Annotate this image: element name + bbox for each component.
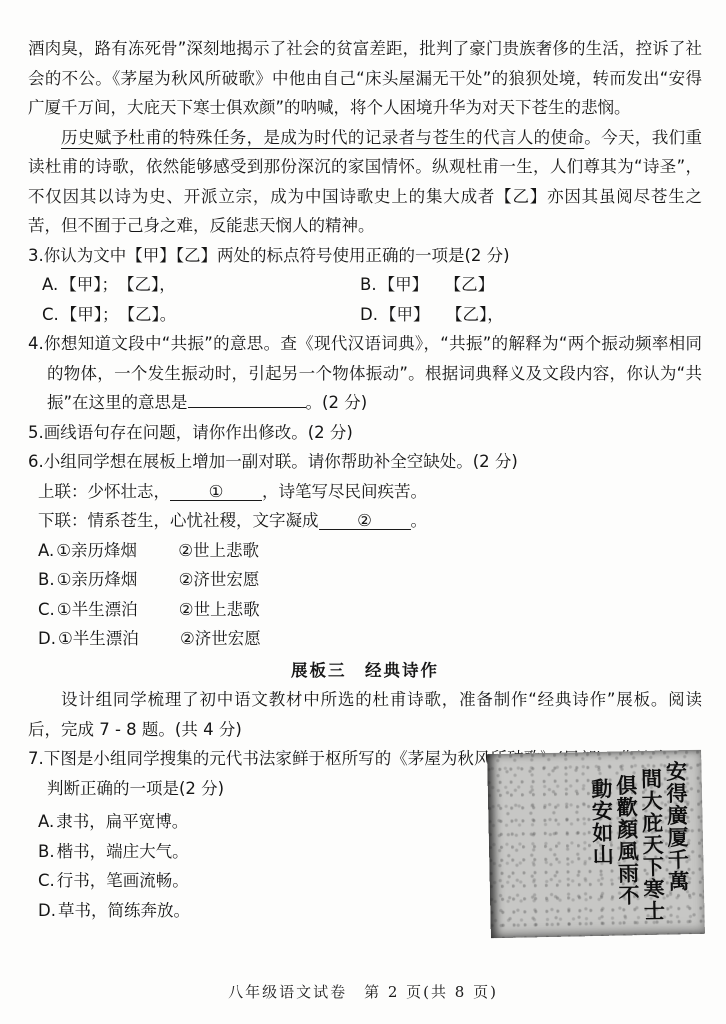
option-part-1: ①亲历烽烟 bbox=[56, 536, 178, 566]
option-part-2: ②济世宏愿 bbox=[179, 570, 260, 589]
option-label: B. bbox=[38, 842, 55, 861]
board-section-intro: 设计组同学梳理了初中语文教材中所选的杜甫诗歌，准备制作“经典诗作”展板。阅读后，… bbox=[28, 685, 702, 744]
option-label: C. bbox=[38, 600, 55, 619]
question-6-option-a: A.①亲历烽烟②世上悲歌 bbox=[28, 536, 702, 566]
option-label: A. bbox=[38, 541, 54, 560]
answer-blank-2: ② bbox=[319, 512, 411, 530]
option-label: A. bbox=[38, 812, 54, 831]
underlined-sentence: 历史赋予杜甫的特殊任务，是成为时代的记录者与苍生的代言人的使命 bbox=[61, 128, 584, 147]
option-part-1: ①半生漂泊 bbox=[57, 595, 179, 625]
question-3-option-c: C.【甲】； 【乙】。 bbox=[42, 300, 360, 330]
couplet-first-after: ，诗笔写尽民间疾苦。 bbox=[262, 482, 427, 501]
option-label: D. bbox=[38, 629, 56, 648]
calligraphy-column-2: 間大庇天下寒士 bbox=[637, 768, 666, 936]
question-3-option-d: D.【甲】 【乙】， bbox=[360, 300, 702, 330]
option-part-2: ②世上悲歌 bbox=[178, 541, 259, 560]
question-6-option-b: B.①亲历烽烟②济世宏愿 bbox=[28, 565, 702, 595]
question-3-option-a: A.【甲】； 【乙】， bbox=[42, 270, 360, 300]
question-6-option-c: C.①半生漂泊②世上悲歌 bbox=[28, 595, 702, 625]
option-label: B. bbox=[38, 570, 55, 589]
couplet-second-line: 下联：情系苍生，心忧社稷，文字凝成②。 bbox=[28, 506, 702, 536]
question-7-option-d: D.草书，简练奔放。 bbox=[28, 896, 468, 926]
question-7-options: A.隶书，扁平宽博。 B.楷书，端庄大气。 C.行书，笔画流畅。 D.草书，简练… bbox=[28, 807, 468, 925]
question-6-stem: 6.小组同学想在展板上增加一副对联。请你帮助补全空缺处。(2 分) bbox=[28, 447, 702, 477]
passage-paragraph-1-text: 酒肉臭，路有冻死骨”深刻地揭示了社会的贫富差距，批判了豪门贵族奢侈的生活，控诉了… bbox=[28, 39, 702, 117]
calligraphy-column-4: 動安如山 bbox=[588, 778, 617, 946]
couplet-first-before: 上联：少怀壮志， bbox=[38, 482, 170, 501]
option-part-1: ①亲历烽烟 bbox=[57, 565, 179, 595]
option-label: B. bbox=[360, 275, 377, 294]
couplet-second-before: 下联：情系苍生，心忧社稷，文字凝成 bbox=[38, 511, 319, 530]
option-part-2: ②世上悲歌 bbox=[179, 600, 260, 619]
option-text: 【甲】； 【乙】。 bbox=[61, 305, 177, 324]
question-3-options: A.【甲】； 【乙】， B.【甲】 【乙】 C.【甲】； 【乙】。 D.【甲】 … bbox=[28, 270, 702, 329]
question-7-option-a: A.隶书，扁平宽博。 bbox=[28, 807, 468, 837]
question-3-stem: 3.你认为文中【甲】【乙】两处的标点符号使用正确的一项是(2 分) bbox=[28, 241, 702, 271]
calligraphy-column-1: 安得廣厦千萬 bbox=[662, 760, 691, 928]
option-label: C. bbox=[42, 305, 59, 324]
question-3-option-b: B.【甲】 【乙】 bbox=[360, 270, 702, 300]
option-text: 草书，简练奔放。 bbox=[58, 901, 190, 920]
exam-page: 酒肉臭，路有冻死骨”深刻地揭示了社会的贫富差距，批判了豪门贵族奢侈的生活，控诉了… bbox=[0, 0, 726, 1024]
question-7-option-b: B.楷书，端庄大气。 bbox=[28, 837, 468, 867]
answer-blank bbox=[188, 390, 306, 408]
question-6-option-d: D.①半生漂泊②济世宏愿 bbox=[28, 624, 702, 654]
question-4-stem: 4.你想知道文段中“共振”的意思。查《现代汉语词典》，“共振”的解释为“两个振动… bbox=[28, 329, 702, 418]
option-text: 楷书，端庄大气。 bbox=[57, 842, 189, 861]
option-text: 【甲】 【乙】， bbox=[380, 305, 504, 324]
question-4-suffix: 。(2 分) bbox=[306, 393, 368, 412]
calligraphy-column-3: 俱歡顏風雨不 bbox=[613, 774, 642, 942]
option-text: 【甲】 【乙】 bbox=[379, 275, 495, 294]
page-footer: 八年级语文试卷 第 2 页(共 8 页) bbox=[0, 981, 726, 1002]
option-part-1: ①半生漂泊 bbox=[58, 624, 180, 654]
board-section-title: 展板三 经典诗作 bbox=[28, 656, 702, 686]
option-label: A. bbox=[42, 275, 58, 294]
couplet-second-after: 。 bbox=[411, 511, 428, 530]
passage-paragraph-2: 历史赋予杜甫的特殊任务，是成为时代的记录者与苍生的代言人的使命。今天，我们重读杜… bbox=[28, 123, 702, 241]
option-text: 隶书，扁平宽博。 bbox=[56, 812, 188, 831]
option-label: D. bbox=[360, 305, 378, 324]
option-text: 【甲】； 【乙】， bbox=[60, 275, 176, 294]
calligraphy-image: 安得廣厦千萬 間大庇天下寒士 俱歡顏風雨不 動安如山 bbox=[487, 750, 705, 938]
question-5-stem: 5.画线语句存在问题，请你作出修改。(2 分) bbox=[28, 418, 702, 448]
answer-blank-1: ① bbox=[170, 483, 262, 501]
option-part-2: ②济世宏愿 bbox=[180, 629, 261, 648]
option-label: C. bbox=[38, 871, 55, 890]
passage-paragraph-1: 酒肉臭，路有冻死骨”深刻地揭示了社会的贫富差距，批判了豪门贵族奢侈的生活，控诉了… bbox=[28, 34, 702, 123]
question-7-option-c: C.行书，笔画流畅。 bbox=[28, 866, 468, 896]
couplet-first-line: 上联：少怀壮志，①，诗笔写尽民间疾苦。 bbox=[28, 477, 702, 507]
option-text: 行书，笔画流畅。 bbox=[57, 871, 189, 890]
option-label: D. bbox=[38, 901, 56, 920]
